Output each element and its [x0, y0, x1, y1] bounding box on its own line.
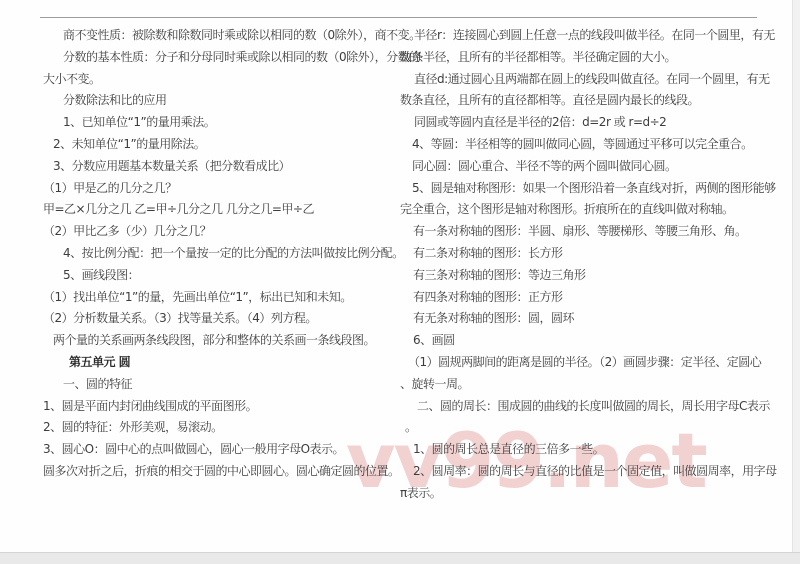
text-line: 有三条对称轴的图形：等边三角形 — [400, 265, 772, 287]
text-line: 完全重合，这个图形是轴对称图形。折痕所在的直线叫做对称轴。 — [400, 199, 772, 221]
text-line: 有一条对称轴的图形：半圆、扇形、等腰梯形、等腰三角形、角。 — [400, 221, 772, 243]
page-top-border — [40, 17, 757, 18]
text-line: 数条半径，且所有的半径都相等。半径确定圆的大小。 — [400, 47, 772, 69]
text-line: （1）圆规两脚间的距离是圆的半径。（2）画圆步骤：定半径、定圆心 — [400, 352, 772, 374]
text-line: 一、圆的特征 — [43, 374, 395, 396]
text-line: 5、圆是轴对称图形：如果一个图形沿着一条直线对折，两侧的图形能够 — [400, 178, 772, 200]
text-line: 有二条对称轴的图形：长方形 — [400, 243, 772, 265]
text-line: 。 — [400, 417, 772, 439]
text-line: 圆多次对折之后，折痕的相交于圆的中心即圆心。圆心确定圆的位置。 — [43, 461, 395, 483]
text-line: 2、圆的特征：外形美观，易滚动。 — [43, 417, 395, 439]
text-line: 半径r：连接圆心到圆上任意一点的线段叫做半径。在同一个圆里，有无 — [400, 25, 772, 47]
text-line: 5、画线段图： — [43, 265, 395, 287]
viewer-right-edge — [792, 0, 800, 552]
text-line: 有四条对称轴的图形：正方形 — [400, 287, 772, 309]
text-line: 2、圆周率：圆的周长与直径的比值是一个固定值，叫做圆周率，用字母 — [400, 461, 772, 483]
text-line: （2）分析数量关系。（3）找等量关系。（4）列方程。 — [43, 308, 395, 330]
text-line: 数条直径，且所有的直径都相等。直径是圆内最长的线段。 — [400, 90, 772, 112]
text-line: 1、圆是平面内封闭曲线围成的平面图形。 — [43, 396, 395, 418]
text-line: 二、圆的周长：围成圆的曲线的长度叫做圆的周长，周长用字母C表示 — [400, 396, 772, 418]
text-line: 3、分数应用题基本数量关系（把分数看成比） — [43, 156, 395, 178]
viewer-bottom-bar — [0, 552, 800, 564]
left-column: 商不变性质：被除数和除数同时乘或除以相同的数（0除外），商不变。分数的基本性质：… — [43, 25, 395, 483]
text-line: 3、圆心O：圆中心的点叫做圆心，圆心一般用字母O表示。 — [43, 439, 395, 461]
text-line: 甲=乙×几分之几 乙=甲÷几分之几 几分之几=甲÷乙 — [43, 199, 395, 221]
text-line: 分数除法和比的应用 — [43, 90, 395, 112]
text-line: （1）甲是乙的几分之几？ — [43, 178, 395, 200]
text-line: 同圆或等圆内直径是半径的2倍：d=2r 或 r=d÷2 — [400, 112, 772, 134]
text-line: 直径d:通过圆心且两端都在圆上的线段叫做直径。在同一个圆里，有无 — [400, 69, 772, 91]
text-line: 4、按比例分配：把一个量按一定的比分配的方法叫做按比例分配。 — [43, 243, 395, 265]
text-line: （2）甲比乙多（少）几分之几？ — [43, 221, 395, 243]
text-line: 4、等圆：半径相等的圆叫做同心圆，等圆通过平移可以完全重合。 — [400, 134, 772, 156]
text-line: 同心圆：圆心重合、半径不等的两个圆叫做同心圆。 — [400, 156, 772, 178]
document-page: vv99.net 商不变性质：被除数和除数同时乘或除以相同的数（0除外），商不变… — [0, 0, 800, 564]
text-line: 第五单元 圆 — [43, 352, 395, 374]
text-line: 2、未知单位“1”的量用除法。 — [43, 134, 395, 156]
text-line: 有无条对称轴的图形：圆，圆环 — [400, 308, 772, 330]
text-line: 、旋转一周。 — [400, 374, 772, 396]
text-line: 两个量的关系画两条线段图，部分和整体的关系画一条线段图。 — [43, 330, 395, 352]
text-line: 分数的基本性质：分子和分母同时乘或除以相同的数（0除外），分数的 — [43, 47, 395, 69]
text-line: π表示。 — [400, 483, 772, 505]
text-line: 1、已知单位“1”的量用乘法。 — [43, 112, 395, 134]
text-line: 商不变性质：被除数和除数同时乘或除以相同的数（0除外），商不变。 — [43, 25, 395, 47]
text-line: 大小不变。 — [43, 69, 395, 91]
text-line: 6、画圆 — [400, 330, 772, 352]
text-line: 1、圆的周长总是直径的三倍多一些。 — [400, 439, 772, 461]
text-line: （1）找出单位“1”的量，先画出单位“1”，标出已知和未知。 — [43, 287, 395, 309]
right-column: 半径r：连接圆心到圆上任意一点的线段叫做半径。在同一个圆里，有无数条半径，且所有… — [400, 25, 772, 505]
